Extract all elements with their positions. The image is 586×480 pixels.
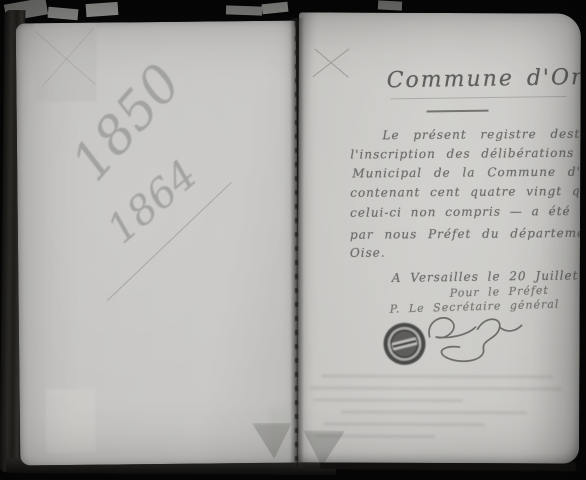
bleedthrough-line [321,374,553,378]
bleedthrough-line [323,422,485,426]
tape-residue-patch [46,389,97,454]
tape-fragment [48,7,79,21]
body-line: Municipal de la Commune d'Orsay et [352,164,581,180]
left-page: 1850 1864 [16,21,301,466]
bleedthrough-line [313,398,463,402]
title-underline [391,96,567,99]
tape-fragment [226,5,262,15]
body-line: Oise. [350,246,386,260]
scanned-register-photo: 1850 1864 Commune d'Orsay Le présent reg… [0,0,586,480]
separator-rule [427,110,489,113]
tape-fragment [86,2,119,17]
prefect-signature-flourish [415,309,525,369]
body-line: contenant cent quatre vingt quinze feuil… [350,183,581,200]
body-line: par nous Préfet du département de Seine … [350,225,581,242]
page-title: Commune d'Orsay [387,64,581,93]
dateline: A Versailles le 20 Juillet 1850. [392,268,581,285]
bleedthrough-line [309,386,561,390]
body-line: Le présent registre destiné à [382,126,581,142]
right-page: Commune d'Orsay Le présent registre dest… [297,12,581,463]
tape-fragment [262,2,289,15]
bleedthrough-line [341,411,527,415]
gutter-stitching [295,22,298,466]
tape-fragment [378,0,402,10]
prefecture-seal-stamp-icon [381,321,427,367]
shadow-smudge [303,430,345,463]
body-line: celui-ci non compris — a été coté et par… [350,203,581,220]
body-line: l'inscription des délibérations du Conse… [350,145,581,161]
